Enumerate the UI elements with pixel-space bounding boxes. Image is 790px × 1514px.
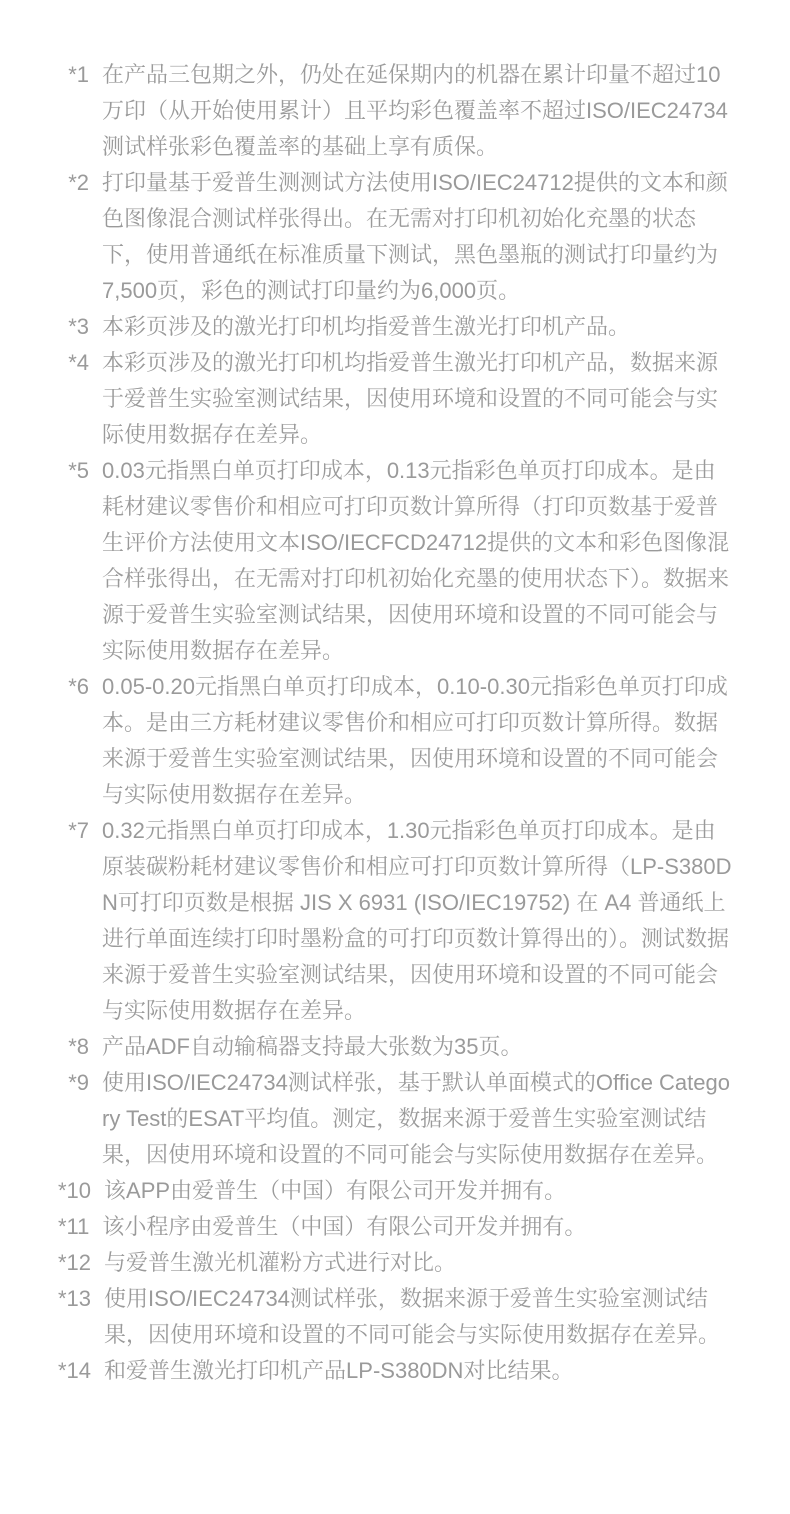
footnote-item-10: *10 该APP由爱普生（中国）有限公司开发并拥有。 [58, 1173, 732, 1209]
footnote-marker: *9 [58, 1065, 102, 1101]
footnote-marker: *7 [58, 813, 102, 849]
footnote-marker: *4 [58, 345, 102, 381]
footnote-item-13: *13 使用ISO/IEC24734测试样张，数据来源于爱普生实验室测试结果，因… [58, 1281, 732, 1353]
footnotes-section: *1 在产品三包期之外，仍处在延保期内的机器在累计印量不超过10万印（从开始使用… [0, 0, 790, 1389]
footnote-text: 产品ADF自动输稿器支持最大张数为35页。 [102, 1029, 732, 1065]
footnote-marker: *13 [58, 1281, 104, 1317]
footnote-item-4: *4 本彩页涉及的激光打印机均指爱普生激光打印机产品，数据来源于爱普生实验室测试… [58, 345, 732, 453]
footnote-item-3: *3 本彩页涉及的激光打印机均指爱普生激光打印机产品。 [58, 309, 732, 345]
footnote-item-1: *1 在产品三包期之外，仍处在延保期内的机器在累计印量不超过10万印（从开始使用… [58, 57, 732, 165]
footnote-text: 0.03元指黑白单页打印成本，0.13元指彩色单页打印成本。是由耗材建议零售价和… [102, 453, 732, 669]
footnote-text: 与爱普生激光机灌粉方式进行对比。 [104, 1245, 732, 1281]
footnote-item-8: *8 产品ADF自动输稿器支持最大张数为35页。 [58, 1029, 732, 1065]
footnote-text: 本彩页涉及的激光打印机均指爱普生激光打印机产品。 [102, 309, 732, 345]
footnote-marker: *8 [58, 1029, 102, 1065]
footnote-marker: *3 [58, 309, 102, 345]
footnote-item-7: *7 0.32元指黑白单页打印成本，1.30元指彩色单页打印成本。是由原装碳粉耗… [58, 813, 732, 1029]
footnote-text: 该小程序由爱普生（中国）有限公司开发并拥有。 [102, 1209, 732, 1245]
footnote-marker: *2 [58, 165, 102, 201]
footnote-text: 打印量基于爱普生测测试方法使用ISO/IEC24712提供的文本和颜色图像混合测… [102, 165, 732, 309]
footnote-marker: *14 [58, 1353, 104, 1389]
footnote-item-6: *6 0.05-0.20元指黑白单页打印成本，0.10-0.30元指彩色单页打印… [58, 669, 732, 813]
footnote-text: 该APP由爱普生（中国）有限公司开发并拥有。 [104, 1173, 732, 1209]
footnote-text: 在产品三包期之外，仍处在延保期内的机器在累计印量不超过10万印（从开始使用累计）… [102, 57, 732, 165]
footnote-marker: *10 [58, 1173, 104, 1209]
footnote-text: 和爱普生激光打印机产品LP-S380DN对比结果。 [104, 1353, 732, 1389]
footnote-marker: *12 [58, 1245, 104, 1281]
footnote-marker: *6 [58, 669, 102, 705]
footnote-item-5: *5 0.03元指黑白单页打印成本，0.13元指彩色单页打印成本。是由耗材建议零… [58, 453, 732, 669]
footnote-item-11: *11 该小程序由爱普生（中国）有限公司开发并拥有。 [58, 1209, 732, 1245]
footnote-text: 本彩页涉及的激光打印机均指爱普生激光打印机产品，数据来源于爱普生实验室测试结果，… [102, 345, 732, 453]
footnote-item-12: *12 与爱普生激光机灌粉方式进行对比。 [58, 1245, 732, 1281]
footnote-text: 使用ISO/IEC24734测试样张，数据来源于爱普生实验室测试结果，因使用环境… [104, 1281, 732, 1353]
footnote-marker: *1 [58, 57, 102, 93]
footnote-marker: *11 [58, 1209, 102, 1245]
footnote-text: 使用ISO/IEC24734测试样张，基于默认单面模式的Office Categ… [102, 1065, 732, 1173]
footnote-marker: *5 [58, 453, 102, 489]
footnote-item-9: *9 使用ISO/IEC24734测试样张，基于默认单面模式的Office Ca… [58, 1065, 732, 1173]
footnote-item-14: *14 和爱普生激光打印机产品LP-S380DN对比结果。 [58, 1353, 732, 1389]
footnote-text: 0.32元指黑白单页打印成本，1.30元指彩色单页打印成本。是由原装碳粉耗材建议… [102, 813, 732, 1029]
footnote-text: 0.05-0.20元指黑白单页打印成本，0.10-0.30元指彩色单页打印成本。… [102, 669, 732, 813]
footnote-item-2: *2 打印量基于爱普生测测试方法使用ISO/IEC24712提供的文本和颜色图像… [58, 165, 732, 309]
